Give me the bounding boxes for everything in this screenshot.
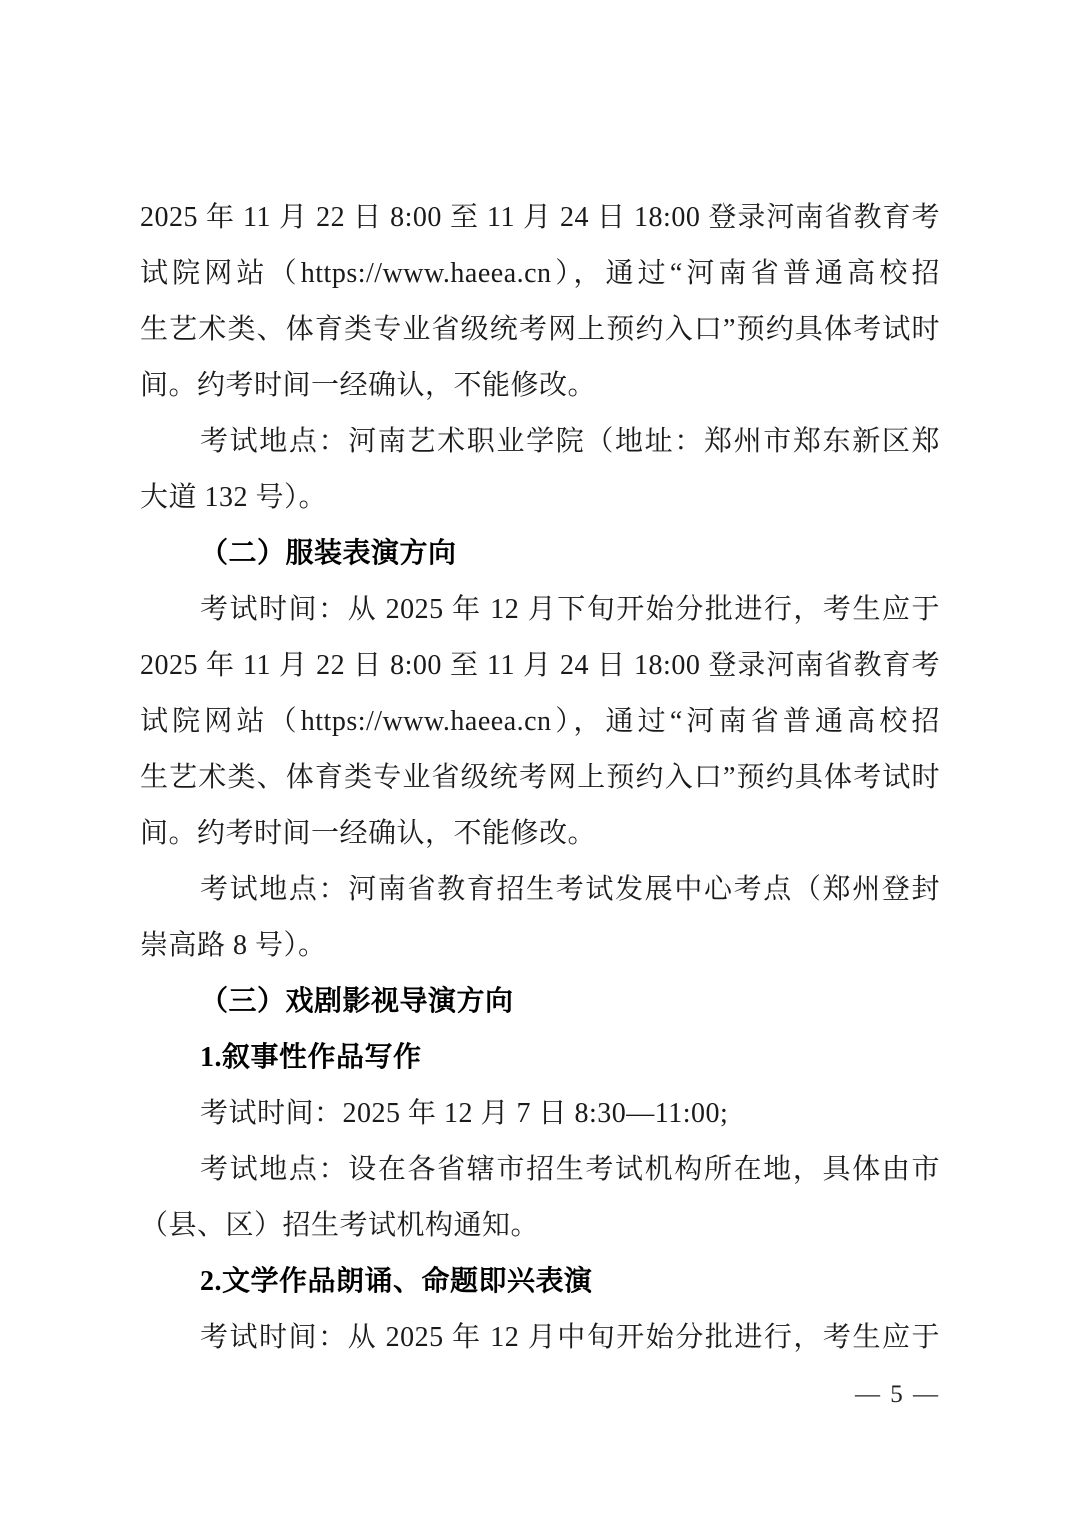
text-line: 2025 年 11 月 22 日 8:00 至 11 月 24 日 18:00 … [140, 638, 940, 694]
section-heading: （二）服装表演方向 [140, 526, 940, 582]
text-line: 考试地点：设在各省辖市招生考试机构所在地，具体由市 [140, 1142, 940, 1198]
paragraph: 考试地点：河南艺术职业学院（地址：郑州市郑东新区郑开大道 132 号）。 [140, 414, 940, 526]
paragraph: 考试地点：设在各省辖市招生考试机构所在地，具体由市（县、区）招生考试机构通知。 [140, 1142, 940, 1254]
paragraph: 考试时间：从 2025 年 12 月下旬开始分批进行，考生应于2025 年 11… [140, 582, 940, 862]
text-line: 试院网站（https://www.haeea.cn），通过“河南省普通高校招 [140, 246, 940, 302]
text-line: 考试地点：河南省教育招生考试发展中心考点（郑州登封市 [140, 862, 940, 918]
heading-line: （二）服装表演方向 [140, 526, 940, 582]
heading-line: 2.文学作品朗诵、命题即兴表演 [140, 1254, 940, 1310]
text-line: 考试时间：从 2025 年 12 月下旬开始分批进行，考生应于 [140, 582, 940, 638]
text-line: 2025 年 11 月 22 日 8:00 至 11 月 24 日 18:00 … [140, 190, 940, 246]
section-heading: （三）戏剧影视导演方向 [140, 974, 940, 1030]
paragraph: 考试时间：2025 年 12 月 7 日 8:30—11:00; [140, 1086, 940, 1142]
document-page: 2025 年 11 月 22 日 8:00 至 11 月 24 日 18:00 … [0, 0, 1080, 1527]
heading-line: 1.叙事性作品写作 [140, 1030, 940, 1086]
page-number: — 5 — [855, 1378, 940, 1412]
text-line: 间。约考时间一经确认，不能修改。 [140, 806, 940, 862]
text-line: 大道 132 号）。 [140, 470, 940, 526]
text-line: 试院网站（https://www.haeea.cn），通过“河南省普通高校招 [140, 694, 940, 750]
paragraph: 考试时间：从 2025 年 12 月中旬开始分批进行，考生应于 [140, 1310, 940, 1366]
text-line: （县、区）招生考试机构通知。 [140, 1198, 940, 1254]
heading-line: （三）戏剧影视导演方向 [140, 974, 940, 1030]
text-line: 崇高路 8 号）。 [140, 918, 940, 974]
text-line: 间。约考时间一经确认，不能修改。 [140, 358, 940, 414]
text-line: 生艺术类、体育类专业省级统考网上预约入口”预约具体考试时 [140, 750, 940, 806]
text-line: 考试时间：2025 年 12 月 7 日 8:30—11:00; [140, 1086, 940, 1142]
text-line: 生艺术类、体育类专业省级统考网上预约入口”预约具体考试时 [140, 302, 940, 358]
text-line: 考试时间：从 2025 年 12 月中旬开始分批进行，考生应于 [140, 1310, 940, 1366]
section-heading: 2.文学作品朗诵、命题即兴表演 [140, 1254, 940, 1310]
document-body: 2025 年 11 月 22 日 8:00 至 11 月 24 日 18:00 … [140, 190, 940, 1366]
section-heading: 1.叙事性作品写作 [140, 1030, 940, 1086]
text-line: 考试地点：河南艺术职业学院（地址：郑州市郑东新区郑开 [140, 414, 940, 470]
paragraph: 2025 年 11 月 22 日 8:00 至 11 月 24 日 18:00 … [140, 190, 940, 414]
paragraph: 考试地点：河南省教育招生考试发展中心考点（郑州登封市崇高路 8 号）。 [140, 862, 940, 974]
